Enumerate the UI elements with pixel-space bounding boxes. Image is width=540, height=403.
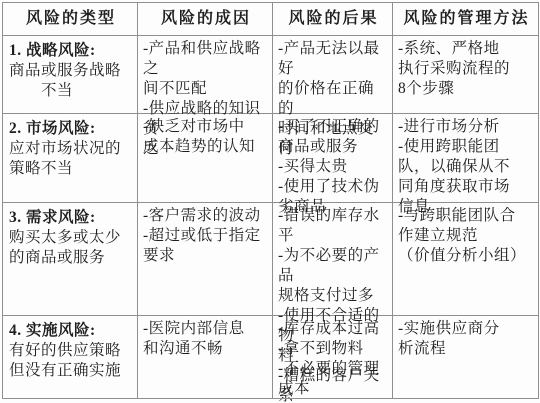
cell-strategic-risk-type: 1. 战略风险: 商品或服务战略 不当 [3, 36, 138, 114]
demand-risk-management-text: -与跨职能团队合 作建立规范 （价值分析小组） [398, 206, 535, 266]
demand-risk-cause-text: -客户需求的波动 -超过或低于指定 要求 [143, 206, 269, 266]
implementation-risk-title: 4. 实施风险: [9, 319, 134, 341]
cell-market-risk-type: 2. 市场风险: 应对市场状况的 策略不当 [3, 114, 138, 203]
cell-demand-risk-cause: -客户需求的波动 -超过或低于指定 要求 [138, 203, 273, 316]
cell-demand-risk-management: -与跨职能团队合 作建立规范 （价值分析小组） [393, 203, 539, 316]
demand-risk-title: 3. 需求风险: [9, 206, 134, 228]
market-risk-desc: 应对市场状况的 策略不当 [9, 139, 134, 179]
header-risk-consequence: 风险的后果 [273, 3, 393, 36]
strategic-risk-management-text: -系统、严格地 执行采购流程的 8个步骤 [398, 39, 535, 99]
implementation-risk-cause-text: -医院内部信息 和沟通不畅 [143, 319, 269, 359]
market-risk-consequence-text: -买了不正确的 商品或服务 -买得太贵 -使用了技术伪 劣商品 [278, 117, 389, 217]
risk-table-page: 风险的类型 风险的成因 风险的后果 风险的管理方法 1. 战略风险: 商品或服务… [0, 0, 540, 403]
header-risk-type: 风险的类型 [3, 3, 138, 36]
header-risk-cause: 风险的成因 [138, 3, 273, 36]
market-risk-cause-text: -缺乏对市场中 成本趋势的认知 [143, 117, 269, 157]
cell-demand-risk-type: 3. 需求风险: 购买太多或太少 的商品或服务 [3, 203, 138, 316]
cell-market-risk-management: -进行市场分析 -使用跨职能团 队，以确保从不 同角度获取市场 信息 [393, 114, 539, 203]
cell-strategic-risk-cause: -产品和供应战略之 间不匹配 -供应战略的知识贫 乏 [138, 36, 273, 114]
market-risk-management-text: -进行市场分析 -使用跨职能团 队，以确保从不 同角度获取市场 信息 [398, 117, 535, 217]
cell-strategic-risk-management: -系统、严格地 执行采购流程的 8个步骤 [393, 36, 539, 114]
cell-implementation-risk-cause: -医院内部信息 和沟通不畅 [138, 316, 273, 399]
header-risk-management: 风险的管理方法 [393, 3, 539, 36]
cell-market-risk-cause: -缺乏对市场中 成本趋势的认知 [138, 114, 273, 203]
implementation-risk-consequence-text: -库存成本过高 -拿不到物料 -不必要的管理 成本 [278, 319, 389, 399]
implementation-risk-desc: 有好的供应策略 但没有正确实施 [9, 341, 134, 381]
cell-demand-risk-consequence: -错误的库存水平 -为不必要的产品 规格支付过多 -使用不合适的物 料 -糟糕的… [273, 203, 393, 316]
cell-market-risk-consequence: -买了不正确的 商品或服务 -买得太贵 -使用了技术伪 劣商品 [273, 114, 393, 203]
implementation-risk-management-text: -实施供应商分 析流程 [398, 319, 535, 359]
cell-implementation-risk-type: 4. 实施风险: 有好的供应策略 但没有正确实施 [3, 316, 138, 399]
cell-implementation-risk-consequence: -库存成本过高 -拿不到物料 -不必要的管理 成本 [273, 316, 393, 399]
cell-implementation-risk-management: -实施供应商分 析流程 [393, 316, 539, 399]
risk-table: 风险的类型 风险的成因 风险的后果 风险的管理方法 1. 战略风险: 商品或服务… [2, 2, 539, 399]
demand-risk-desc: 购买太多或太少 的商品或服务 [9, 228, 134, 268]
market-risk-title: 2. 市场风险: [9, 117, 134, 139]
strategic-risk-desc: 商品或服务战略 不当 [9, 61, 134, 101]
cell-strategic-risk-consequence: -产品无法以最好 的价格在正确的 时间和地点交付 [273, 36, 393, 114]
strategic-risk-title: 1. 战略风险: [9, 39, 134, 61]
